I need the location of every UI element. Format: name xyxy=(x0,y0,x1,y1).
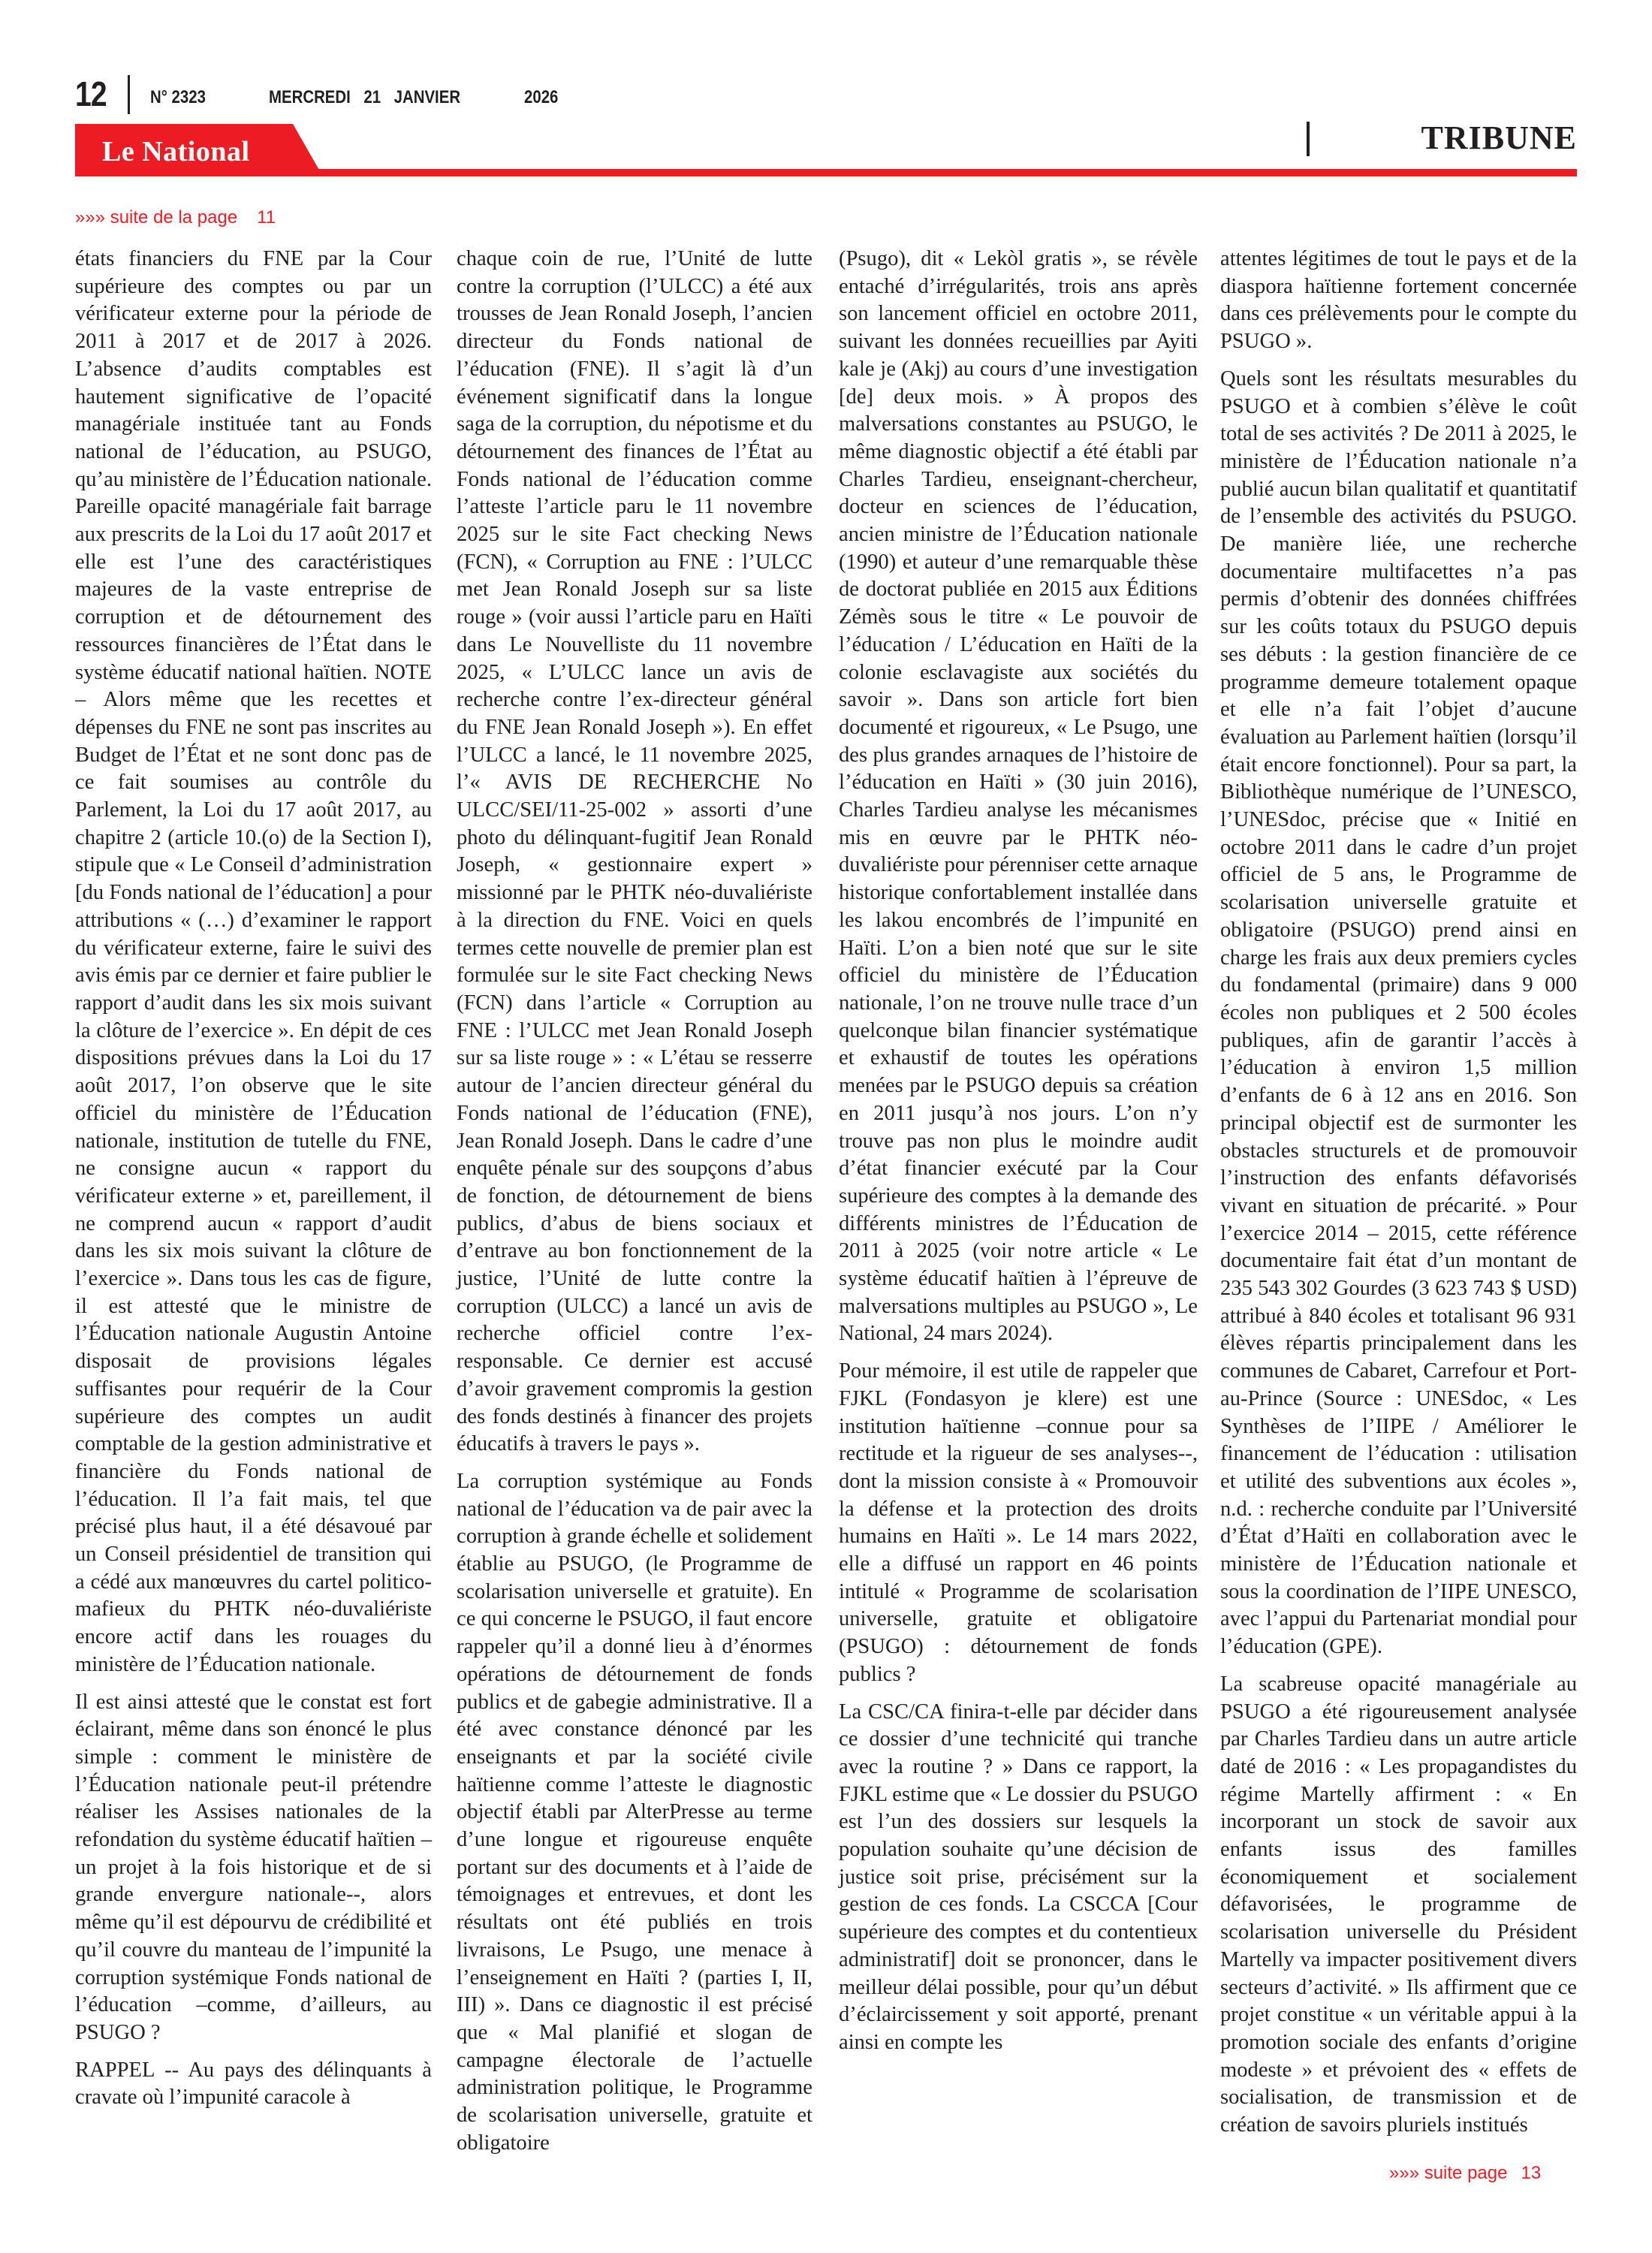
issue-year: 2026 xyxy=(524,87,558,108)
continued-from-label: »»» suite de la page xyxy=(75,207,237,228)
paragraph: Pour mémoire, il est utile de rappeler q… xyxy=(839,1358,1198,1688)
article-column-4: attentes légitimes de tout le pays et de… xyxy=(1220,246,1577,2149)
paragraph: La scabreuse opacité managériale au PSUG… xyxy=(1220,1671,1577,2140)
section-title: TRIBUNE xyxy=(1421,119,1578,157)
paragraph: Il est ainsi attesté que le constat est … xyxy=(75,1689,432,2047)
paragraph: états financiers du FNE par la Cour supé… xyxy=(75,246,432,1679)
page-number: 12 xyxy=(75,74,107,114)
issue-number: N° 2323 xyxy=(150,87,206,108)
issue-date: MERCREDI 21 JANVIER xyxy=(269,87,460,108)
continued-to-page: 13 xyxy=(1521,2163,1541,2183)
paragraph: attentes légitimes de tout le pays et de… xyxy=(1220,246,1577,356)
article-column-3: (Psugo), dit « Lekòl gratis », se révèle… xyxy=(839,246,1198,2067)
newspaper-logo: Le National xyxy=(102,135,250,168)
article-column-1: états financiers du FNE par la Cour supé… xyxy=(75,246,432,2122)
paragraph: La corruption systémique au Fonds nation… xyxy=(457,1468,812,2158)
continued-to: »»» suite page13 xyxy=(1389,2163,1541,2184)
header-divider xyxy=(128,75,130,114)
continued-to-label: »»» suite page xyxy=(1389,2163,1507,2183)
paragraph: (Psugo), dit « Lekòl gratis », se révèle… xyxy=(839,246,1198,1348)
paragraph: RAPPEL -- Au pays des délinquants à crav… xyxy=(75,2057,432,2112)
paragraph: La CSC/CA finira-t-elle par décider dans… xyxy=(839,1699,1198,2057)
continued-from: »»» suite de la page11 xyxy=(75,207,276,228)
continued-from-page: 11 xyxy=(257,207,276,228)
paragraph: chaque coin de rue, l’Unité de lutte con… xyxy=(457,246,812,1458)
paragraph: Quels sont les résultats mesurables du P… xyxy=(1220,366,1577,1661)
section-divider xyxy=(1307,122,1310,156)
article-column-2: chaque coin de rue, l’Unité de lutte con… xyxy=(457,246,812,2167)
